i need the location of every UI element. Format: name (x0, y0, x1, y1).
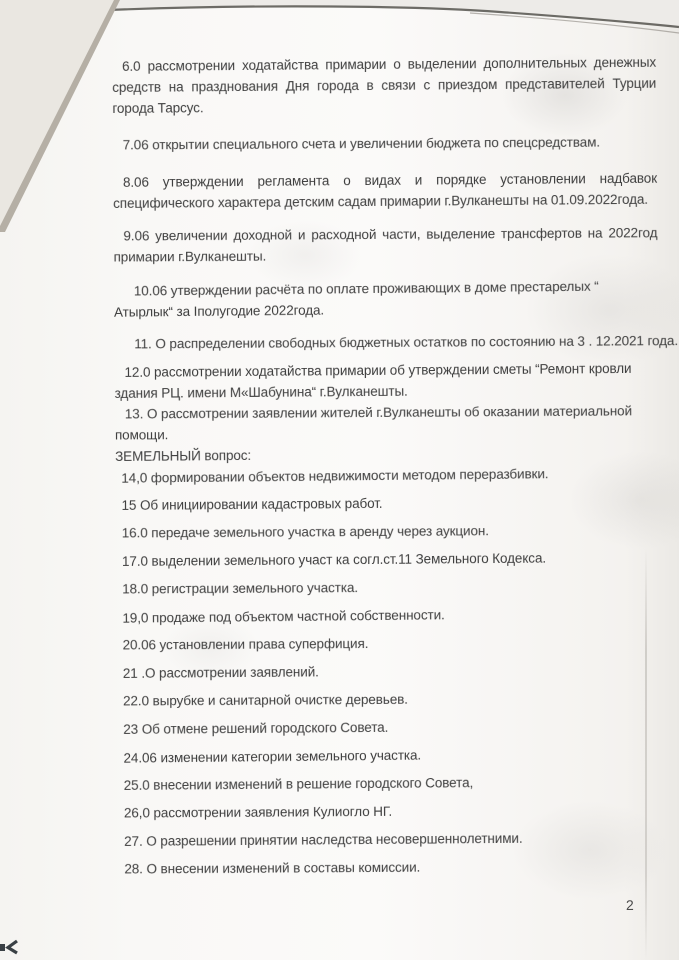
agenda-item: 13. О рассмотрении заявлении жителей г.В… (115, 400, 659, 445)
agenda-item: 26,0 рассмотрении заявления Кулиогло НГ. (118, 799, 662, 823)
agenda-item: 9.06 увеличении доходной и расходной час… (113, 222, 657, 267)
scan-artifact-mark (0, 938, 22, 956)
agenda-item: 21 .О рассмотрении заявлений. (117, 659, 661, 684)
agenda-item: 6.0 рассмотрении ходатайства примарии о … (112, 52, 656, 119)
agenda-item: 10.06 утверждении расчёта по оплате прож… (114, 275, 658, 323)
agenda-item: 19,0 продаже под объектом частной собств… (116, 602, 660, 629)
agenda-item: 11. О распределении свободных бюджетных … (114, 330, 658, 354)
agenda-item: 18.0 регистрации земельного участка. (116, 575, 660, 599)
agenda-item: 24.06 изменении категории земельного уча… (117, 742, 661, 769)
agenda-item: 23 Об отмене решений городского Совета. (117, 715, 661, 740)
agenda-item: 8.06 утверждении регламента о видах и по… (113, 168, 657, 214)
agenda-item: 15 Об инициировании кадастровых работ. (115, 491, 659, 516)
agenda-item: 27. О разрешении принятии наследства нес… (118, 827, 662, 852)
agenda-item: 14,0 формировании объектов недвижимости … (115, 462, 659, 489)
agenda-item: 25.0 внесении изменений в решение городс… (118, 771, 662, 796)
document-body: 6.0 рассмотрении ходатайства примарии о … (112, 52, 663, 887)
agenda-item: 20.06 установлении права суперфиция. (117, 631, 661, 655)
agenda-item: 12.0 рассмотрении ходатайства примарии о… (114, 358, 658, 404)
agenda-item: 7.06 открытии специального счета и увели… (113, 131, 657, 155)
agenda-item: 28. О внесении изменений в составы комис… (118, 855, 662, 879)
scanned-document-page: 6.0 рассмотрении ходатайства примарии о … (0, 0, 679, 960)
agenda-item: 16.0 передаче земельного участка в аренд… (116, 519, 660, 543)
page-number: 2 (626, 897, 634, 913)
agenda-item: 17.0 выделении земельного участ ка согл.… (116, 547, 660, 572)
agenda-item: 22.0 вырубке и санитарной очистке деревь… (117, 687, 661, 711)
